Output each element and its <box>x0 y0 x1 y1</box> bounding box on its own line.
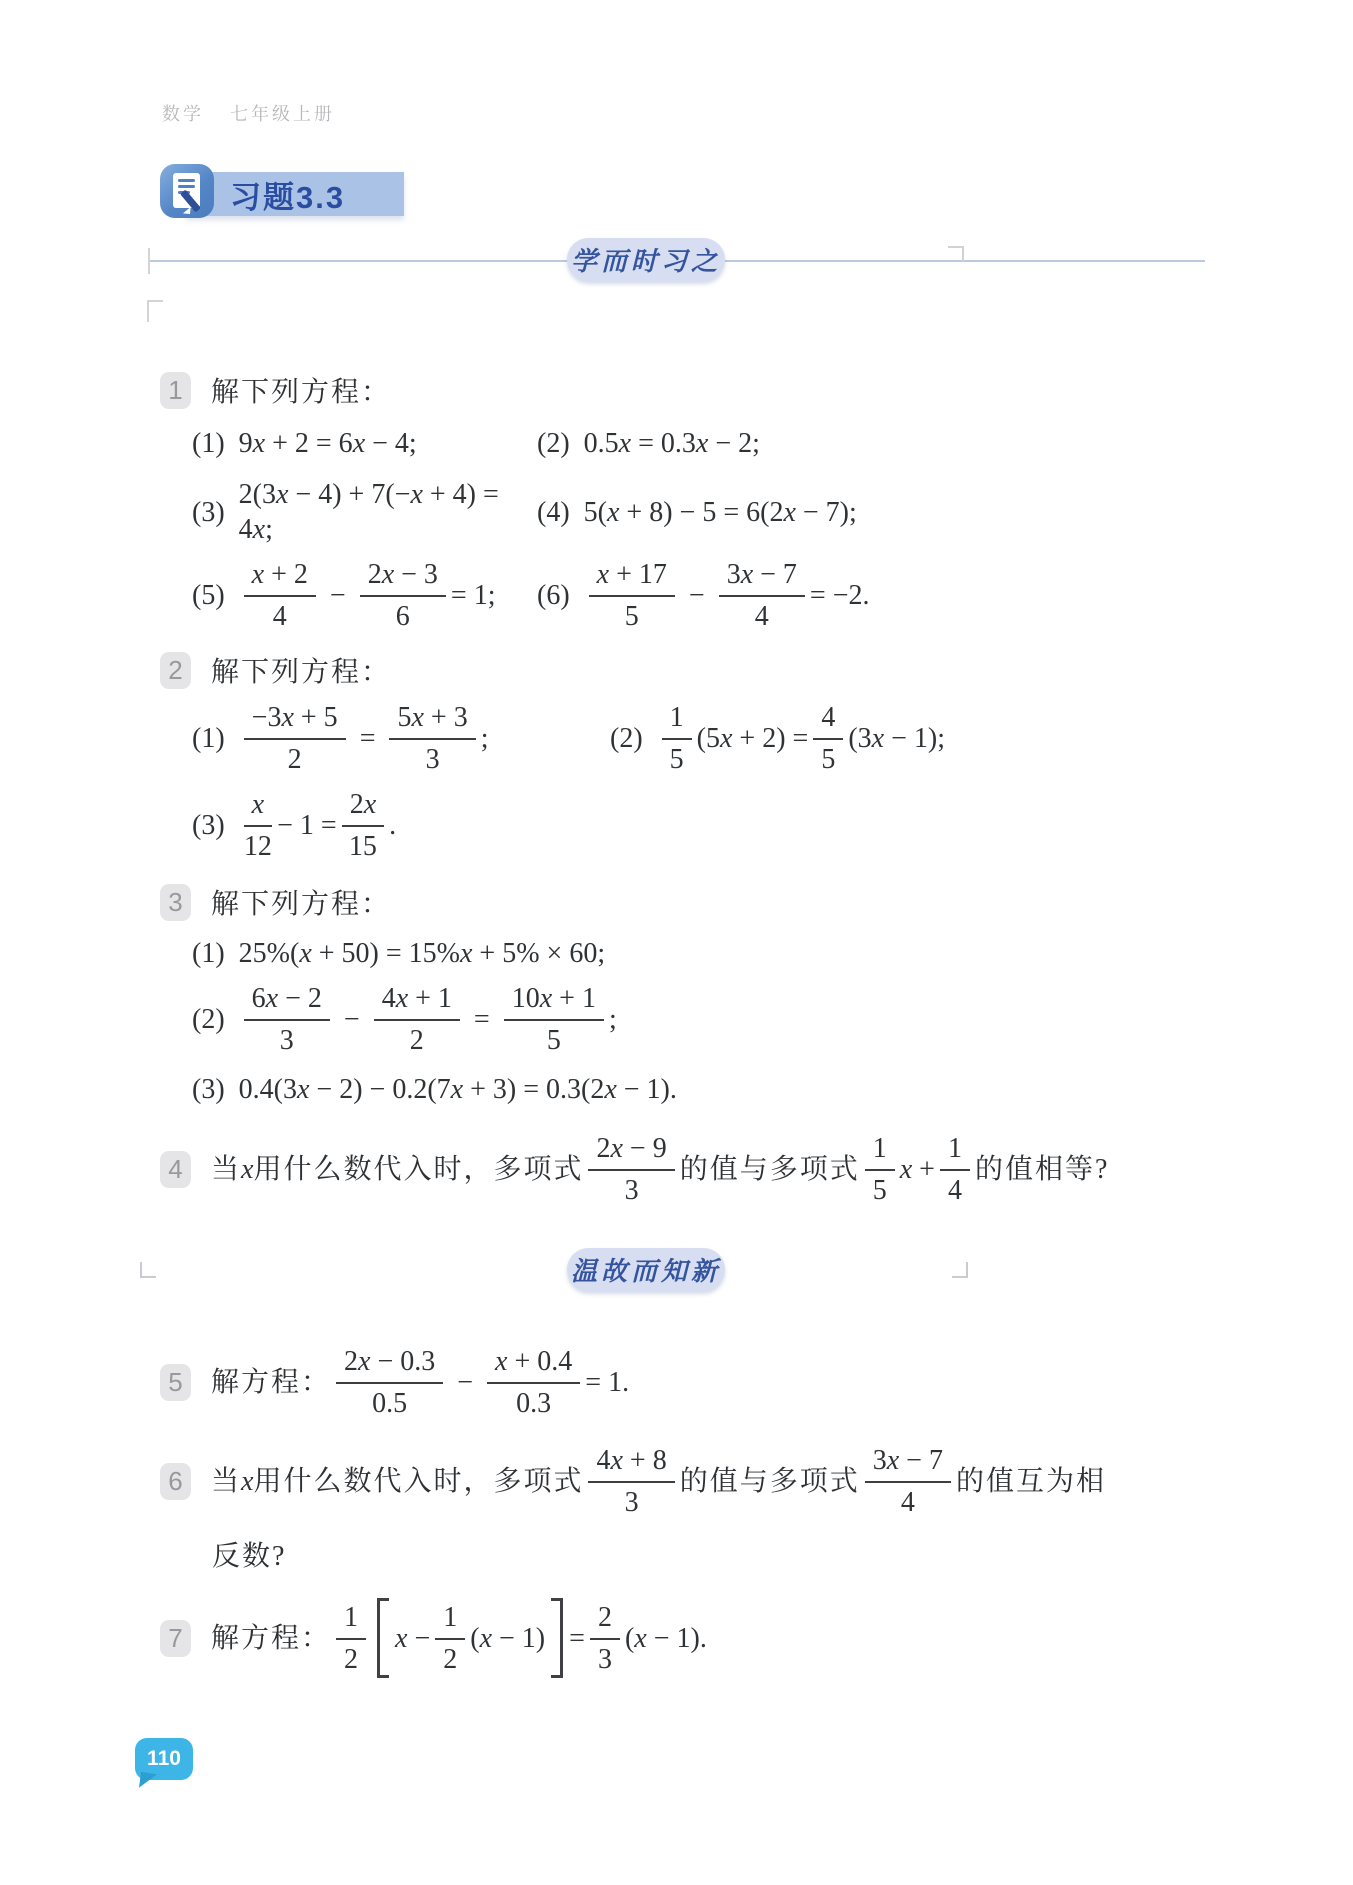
denominator: 5 <box>873 1171 887 1208</box>
equation-text: 5(x + 8) − 5 = 6(2x − 7); <box>584 495 857 530</box>
operator: − <box>689 578 705 613</box>
page-number-badge: 110 <box>135 1738 193 1780</box>
denominator: 0.3 <box>516 1384 551 1421</box>
section-title-row: 习题3.3 <box>160 164 1353 222</box>
problem-6-statement-line2: 反数? <box>160 1534 1220 1574</box>
numerator: 2x − 9 <box>588 1131 674 1171</box>
problem-3-label: 解下列方程： <box>211 882 391 922</box>
equation-row: (2) 6x − 23 − 4x + 12 = 10x + 15 ; <box>160 981 1220 1058</box>
item-tag: (2) <box>610 721 643 756</box>
numerator: 3x − 7 <box>865 1443 951 1483</box>
problem-1: 1 解下列方程： (1) 9x + 2 = 6x − 4; (2) 0.5x =… <box>160 370 1220 634</box>
statement-text: 反数? <box>212 1541 286 1572</box>
problem-5-head: 5 解方程： 2x − 0.30.5 − x + 0.40.3 = 1. <box>160 1344 1220 1421</box>
item-tag: (3) <box>192 1072 225 1107</box>
equation-tail: ; <box>481 721 489 756</box>
problem-4-statement: 当 x 用什么数代入时，多项式 2x − 93 的值与多项式 15 x + 14… <box>211 1131 1109 1208</box>
item-tag: (1) <box>192 936 225 971</box>
fraction: 3x − 74 <box>719 557 805 634</box>
numerator: 5x + 3 <box>389 700 475 740</box>
equation-row: (1) −3x + 52 = 5x + 33 ; (2) 15 (5x + 2)… <box>160 700 1220 777</box>
operator: = <box>474 1002 490 1037</box>
crop-mark-right <box>948 246 964 261</box>
running-head-subject: 数学 <box>162 104 204 124</box>
fraction: x + 24 <box>244 557 316 634</box>
numerator: 1 <box>662 700 692 740</box>
problem-2: 2 解下列方程： (1) −3x + 52 = 5x + 33 ; (2) 15… <box>160 650 1220 864</box>
problem-2-label: 解下列方程： <box>211 650 391 690</box>
item-tag: (5) <box>192 578 225 613</box>
fraction: 12 <box>336 1600 366 1677</box>
variable: x <box>241 1464 253 1499</box>
operator: = <box>360 721 376 756</box>
crop-mark-left <box>140 1262 156 1278</box>
problem-number-badge: 3 <box>160 884 191 921</box>
equation-1-3: (3) 2(3x − 4) + 7(−x + 4) = 4x; <box>192 477 537 547</box>
equation-7: 解方程： 12 x − 12 (x − 1) = 23 (x − 1). <box>211 1598 707 1678</box>
equation-row: (1) 9x + 2 = 6x − 4; (2) 0.5x = 0.3x − 2… <box>160 426 1220 461</box>
fraction: 6x − 23 <box>244 981 330 1058</box>
problem-6-statement: 当 x 用什么数代入时，多项式 4x + 83 的值与多项式 3x − 74 的… <box>211 1443 1106 1520</box>
fraction: 2x − 0.30.5 <box>336 1344 443 1421</box>
denominator: 15 <box>349 827 377 864</box>
equation-tail: (3x − 1); <box>848 721 945 756</box>
equation-tail: = 1; <box>451 578 496 613</box>
equation-row: (3) 0.4(3x − 2) − 0.2(7x + 3) = 0.3(2x −… <box>160 1072 1220 1107</box>
fraction: 12 <box>435 1600 465 1677</box>
equation-text: 25%(x + 50) = 15%x + 5% × 60; <box>239 936 605 971</box>
icon-sheet <box>173 173 200 208</box>
equation-row: (1) 25%(x + 50) = 15%x + 5% × 60; <box>160 936 1220 971</box>
denominator: 3 <box>426 740 440 777</box>
equation-row: (3) 2(3x − 4) + 7(−x + 4) = 4x; (4) 5(x … <box>160 477 1220 547</box>
equation-middle: (5x + 2) = <box>697 721 809 756</box>
equation-3-3: (3) 0.4(3x − 2) − 0.2(7x + 3) = 0.3(2x −… <box>192 1072 1220 1107</box>
numerator: x + 0.4 <box>487 1344 580 1384</box>
equation-2-1: (1) −3x + 52 = 5x + 33 ; <box>192 700 610 777</box>
equation-1-5: (5) x + 24 − 2x − 36 = 1; <box>192 557 537 634</box>
denominator: 5 <box>547 1021 561 1058</box>
equation-3-1: (1) 25%(x + 50) = 15%x + 5% × 60; <box>192 936 1220 971</box>
equation-2-3: (3) x12 − 1 = 2x15 . <box>192 787 1220 864</box>
problem-number-badge: 6 <box>160 1463 191 1500</box>
problem-2-head: 2 解下列方程： <box>160 650 1220 690</box>
equation-tail: = −2. <box>810 578 870 613</box>
numerator: 1 <box>940 1131 970 1171</box>
crop-mark-right <box>952 1262 968 1278</box>
equation-middle: x + <box>900 1152 935 1187</box>
denominator: 5 <box>625 597 639 634</box>
problem-4: 4 当 x 用什么数代入时，多项式 2x − 93 的值与多项式 15 x + … <box>160 1131 1220 1208</box>
equation-middle: x − <box>395 1621 430 1656</box>
page-number: 110 <box>147 1747 181 1771</box>
equation-2-2: (2) 15 (5x + 2) = 45 (3x − 1); <box>610 700 1220 777</box>
denominator: 2 <box>344 1640 358 1677</box>
banner-review-text: 温故而知新 <box>571 1251 721 1288</box>
fraction: x + 175 <box>589 557 675 634</box>
statement-text: 的值相等? <box>975 1152 1109 1187</box>
problem-7-head: 7 解方程： 12 x − 12 (x − 1) = 23 (x − 1). <box>160 1598 1220 1678</box>
problem-1-label: 解下列方程： <box>211 370 391 410</box>
banner-practice: 学而时习之 <box>0 238 1353 286</box>
equation-tail: (x − 1). <box>625 1621 707 1656</box>
numerator: x <box>244 787 272 827</box>
denominator: 3 <box>598 1640 612 1677</box>
item-tag: (3) <box>192 808 225 843</box>
running-head-grade: 七年级上册 <box>230 104 335 124</box>
exercise-document-icon <box>160 164 214 218</box>
equation-tail: ; <box>609 1002 617 1037</box>
banner-practice-text: 学而时习之 <box>571 241 721 278</box>
fraction: 15 <box>662 700 692 777</box>
problem-5: 5 解方程： 2x − 0.30.5 − x + 0.40.3 = 1. <box>160 1344 1220 1421</box>
equation-3-2: (2) 6x − 23 − 4x + 12 = 10x + 15 ; <box>192 981 1220 1058</box>
equation-text: 9x + 2 = 6x − 4; <box>239 426 417 461</box>
operator: − <box>344 1002 360 1037</box>
fraction: 23 <box>590 1600 620 1677</box>
fraction: x12 <box>244 787 272 864</box>
equation-text: 2(3x − 4) + 7(−x + 4) = 4x; <box>239 477 537 547</box>
fraction: −3x + 52 <box>244 700 346 777</box>
numerator: 2x − 0.3 <box>336 1344 443 1384</box>
denominator: 3 <box>280 1021 294 1058</box>
problem-number-badge: 2 <box>160 652 191 689</box>
item-tag: (4) <box>537 495 570 530</box>
item-tag: (2) <box>537 426 570 461</box>
numerator: x + 2 <box>244 557 316 597</box>
right-bracket <box>551 1598 563 1678</box>
fraction: 2x − 93 <box>588 1131 674 1208</box>
fraction: 45 <box>813 700 843 777</box>
problem-4-head: 4 当 x 用什么数代入时，多项式 2x − 93 的值与多项式 15 x + … <box>160 1131 1220 1208</box>
denominator: 5 <box>670 740 684 777</box>
equation-middle: (x − 1) <box>470 1621 545 1656</box>
item-tag: (6) <box>537 578 570 613</box>
denominator: 3 <box>625 1483 639 1520</box>
running-head: 数学七年级上册 <box>162 100 1353 126</box>
item-tag: (2) <box>192 1002 225 1037</box>
denominator: 4 <box>755 597 769 634</box>
statement-text: 用什么数代入时，多项式 <box>253 1152 583 1187</box>
banner-pill-practice: 学而时习之 <box>567 238 725 281</box>
equation-tail: . <box>389 808 396 843</box>
statement-text: 的值与多项式 <box>680 1464 860 1499</box>
fraction: 10x + 15 <box>504 981 604 1058</box>
statement-text: 当 <box>211 1464 241 1499</box>
denominator: 4 <box>948 1171 962 1208</box>
fraction: 4x + 83 <box>588 1443 674 1520</box>
denominator: 4 <box>273 597 287 634</box>
numerator: 10x + 1 <box>504 981 604 1021</box>
numerator: 4x + 1 <box>374 981 460 1021</box>
equation-text: 0.4(3x − 2) − 0.2(7x + 3) = 0.3(2x − 1). <box>239 1072 677 1107</box>
item-tag: (3) <box>192 495 225 530</box>
numerator: 6x − 2 <box>244 981 330 1021</box>
banner-pill-review: 温故而知新 <box>567 1248 725 1291</box>
equation-1-6: (6) x + 175 − 3x − 74 = −2. <box>537 557 1220 634</box>
left-bracket <box>377 1598 389 1678</box>
problem-1-head: 1 解下列方程： <box>160 370 1220 410</box>
denominator: 2 <box>410 1021 424 1058</box>
equation-row: (3) x12 − 1 = 2x15 . <box>160 787 1220 864</box>
banner-review: 温故而知新 <box>0 1248 1353 1296</box>
equation-tail: = 1. <box>585 1365 629 1400</box>
problem-7: 7 解方程： 12 x − 12 (x − 1) = 23 (x − 1). <box>160 1598 1220 1678</box>
crop-mark-left <box>148 248 150 274</box>
denominator: 5 <box>821 740 835 777</box>
fraction: 3x − 74 <box>865 1443 951 1520</box>
denominator: 2 <box>288 740 302 777</box>
problem-number-badge: 7 <box>160 1620 191 1657</box>
item-tag: (1) <box>192 721 225 756</box>
numerator: 4x + 8 <box>588 1443 674 1483</box>
numerator: 1 <box>865 1131 895 1171</box>
numerator: 1 <box>336 1600 366 1640</box>
equation-5: 解方程： 2x − 0.30.5 − x + 0.40.3 = 1. <box>211 1344 629 1421</box>
equation-1-4: (4) 5(x + 8) − 5 = 6(2x − 7); <box>537 477 1220 547</box>
fraction: x + 0.40.3 <box>487 1344 580 1421</box>
statement-text: 解方程： <box>211 1365 331 1400</box>
variable: x <box>241 1152 253 1187</box>
denominator: 2 <box>443 1640 457 1677</box>
equation-middle: − 1 = <box>277 808 337 843</box>
equation-row: (5) x + 24 − 2x − 36 = 1; (6) x + 175 − … <box>160 557 1220 634</box>
statement-text: 当 <box>211 1152 241 1187</box>
denominator: 0.5 <box>372 1384 407 1421</box>
fraction: 5x + 33 <box>389 700 475 777</box>
section-title-text: 习题3.3 <box>230 172 345 217</box>
fraction: 4x + 12 <box>374 981 460 1058</box>
fraction: 2x − 36 <box>360 557 446 634</box>
equation-middle: = <box>569 1621 585 1656</box>
operator: − <box>330 578 346 613</box>
denominator: 3 <box>625 1171 639 1208</box>
problem-3-head: 3 解下列方程： <box>160 882 1220 922</box>
operator: − <box>457 1365 473 1400</box>
statement-text: 用什么数代入时，多项式 <box>253 1464 583 1499</box>
section-title-banner: 习题3.3 <box>186 172 404 216</box>
problem-number-badge: 4 <box>160 1151 191 1188</box>
problem-number-badge: 5 <box>160 1364 191 1401</box>
equation-1-1: (1) 9x + 2 = 6x − 4; <box>192 426 537 461</box>
crop-mark-section <box>147 300 163 322</box>
numerator: 2x − 3 <box>360 557 446 597</box>
numerator: 1 <box>435 1600 465 1640</box>
statement-text: 的值互为相 <box>956 1464 1106 1499</box>
statement-text: 解方程： <box>211 1621 331 1656</box>
denominator: 4 <box>901 1483 915 1520</box>
problem-6-head: 6 当 x 用什么数代入时，多项式 4x + 83 的值与多项式 3x − 74… <box>160 1443 1220 1520</box>
problem-number-badge: 1 <box>160 372 191 409</box>
statement-text: 的值与多项式 <box>680 1152 860 1187</box>
fraction: 14 <box>940 1131 970 1208</box>
denominator: 6 <box>396 597 410 634</box>
numerator: 3x − 7 <box>719 557 805 597</box>
numerator: −3x + 5 <box>244 700 346 740</box>
fraction: 15 <box>865 1131 895 1208</box>
fraction: 2x15 <box>342 787 384 864</box>
numerator: 4 <box>813 700 843 740</box>
equation-text: 0.5x = 0.3x − 2; <box>584 426 760 461</box>
problem-6: 6 当 x 用什么数代入时，多项式 4x + 83 的值与多项式 3x − 74… <box>160 1443 1220 1574</box>
item-tag: (1) <box>192 426 225 461</box>
numerator: 2x <box>342 787 384 827</box>
numerator: 2 <box>590 1600 620 1640</box>
numerator: x + 17 <box>589 557 675 597</box>
textbook-page: 数学七年级上册 习题3.3 学而时习之 1 解下列方程： (1) <box>0 0 1353 1885</box>
denominator: 12 <box>244 827 272 864</box>
equation-1-2: (2) 0.5x = 0.3x − 2; <box>537 426 1220 461</box>
problem-3: 3 解下列方程： (1) 25%(x + 50) = 15%x + 5% × 6… <box>160 882 1220 1107</box>
